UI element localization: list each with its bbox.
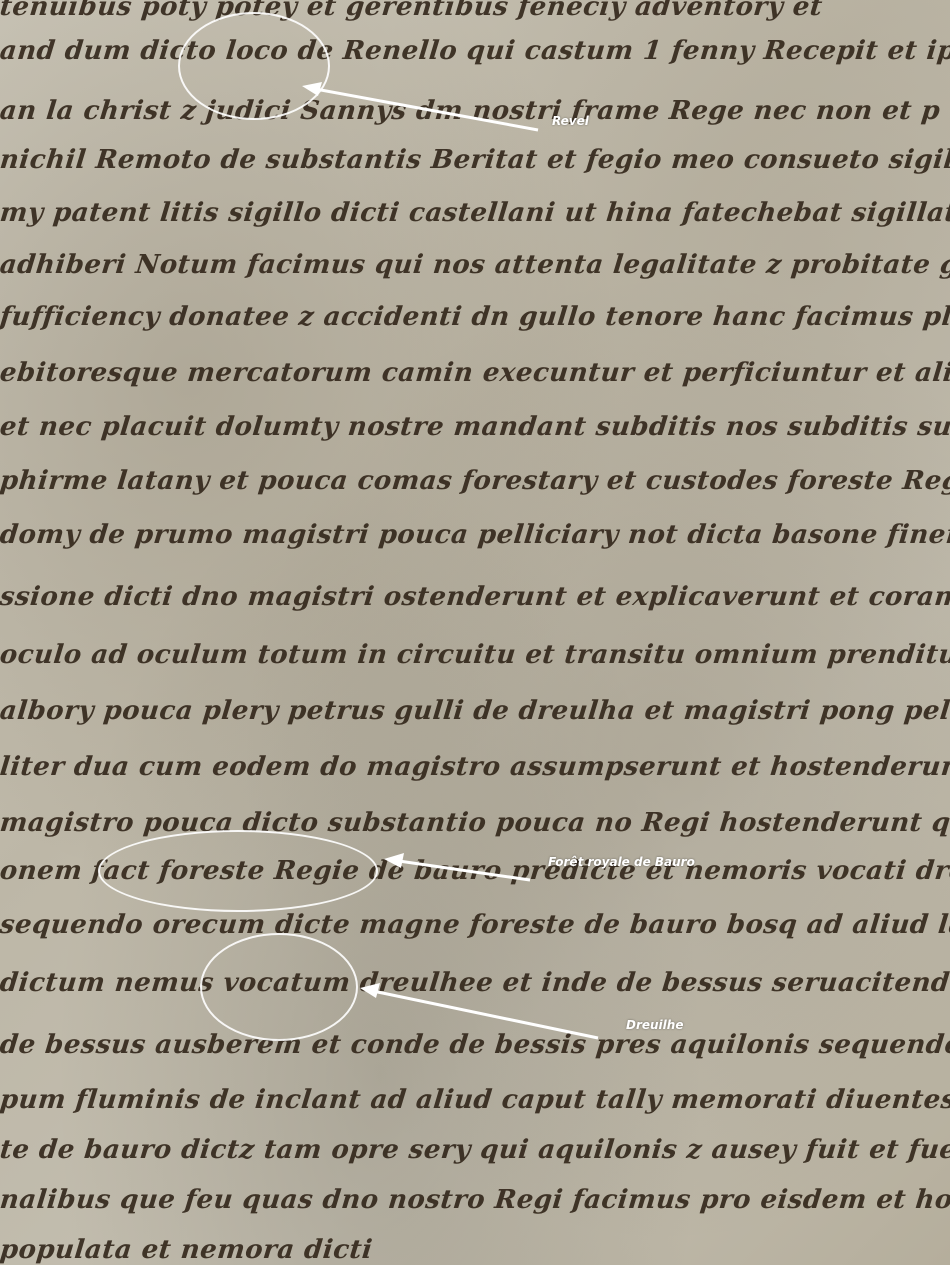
annotation-label-revel: Revel <box>552 114 589 128</box>
annotation-label-dreuilhe: Dreuilhe <box>626 1018 683 1032</box>
annotation-arrows-icon <box>0 0 950 1265</box>
manuscript-photo: tenuibus poty potey et gerentibus feneci… <box>0 0 950 1265</box>
annotation-label-foret: Forêt royale de Bauro <box>548 855 695 869</box>
